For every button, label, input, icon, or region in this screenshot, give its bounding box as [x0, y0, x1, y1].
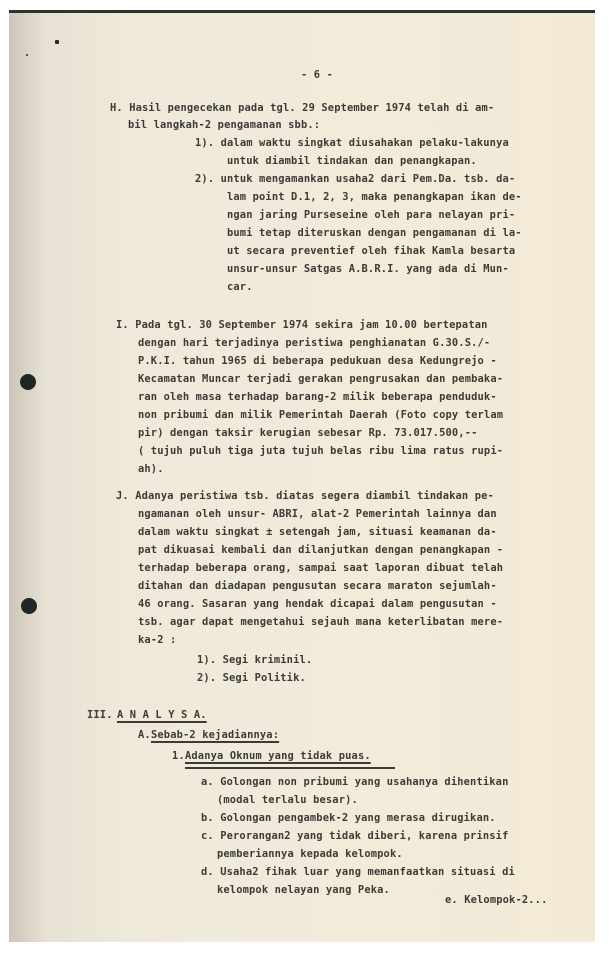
section-h-item-2: ngan jaring Purseseine oleh para nelayan…: [227, 209, 515, 221]
punch-hole-bottom: [21, 598, 37, 614]
section-j-line: dalam waktu singkat ± setengah jam, situ…: [138, 526, 497, 538]
subsection-a-title: Sebab-2 kejadiannya:: [151, 729, 279, 741]
point-1-label: 1.: [172, 750, 185, 762]
analysis-item-c: pemberiannya kepada kelompok.: [217, 848, 403, 860]
section-i-line: dengan hari terjadinya peristiwa penghia…: [138, 337, 490, 349]
section-j-line: tsb. agar dapat mengetahui sejauh mana k…: [138, 616, 503, 628]
section-i-line: I. Pada tgl. 30 September 1974 sekira ja…: [116, 319, 488, 331]
section-iii-title: A N A L Y S A.: [117, 709, 207, 721]
section-j-line: pat dikuasai kembali dan dilanjutkan den…: [138, 544, 503, 556]
section-h-item-2: car.: [227, 281, 253, 293]
section-i-line: P.K.I. tahun 1965 di beberapa pedukuan d…: [138, 355, 497, 367]
continuation-marker: e. Kelompok-2...: [445, 894, 548, 906]
section-i-line: ah).: [138, 463, 164, 475]
section-h-item-1: 1). dalam waktu singkat diusahakan pelak…: [195, 137, 509, 149]
section-j-line: ditahan dan diadapan pengusutan secara m…: [138, 580, 497, 592]
analysis-item-a: (modal terlalu besar).: [217, 794, 358, 806]
punch-hole-top: [20, 374, 36, 390]
analysis-item-c: c. Perorangan2 yang tidak diberi, karena…: [201, 830, 508, 842]
point-1-title: Adanya Oknum yang tidak puas.: [185, 750, 371, 762]
section-j-line: J. Adanya peristiwa tsb. diatas segera d…: [116, 490, 494, 502]
section-h-item-1: untuk diambil tindakan dan penangkapan.: [227, 155, 477, 167]
section-h-item-2: lam point D.1, 2, 3, maka penangkapan ik…: [227, 191, 522, 203]
section-i-line: pir) dengan taksir kerugian sebesar Rp. …: [138, 427, 478, 439]
ink-speck: [26, 54, 28, 56]
section-h-item-2: unsur-unsur Satgas A.B.R.I. yang ada di …: [227, 263, 509, 275]
section-h-item-2: bumi tetap diteruskan dengan pengamanan …: [227, 227, 522, 239]
point-1-underline: [185, 767, 395, 769]
section-i-line: non pribumi dan milik Pemerintah Daerah …: [138, 409, 503, 421]
analysis-item-d: kelompok nelayan yang Peka.: [217, 884, 390, 896]
section-j-line: ngamanan oleh unsur- ABRI, alat-2 Pemeri…: [138, 508, 497, 520]
ink-speck: [55, 40, 59, 44]
section-j-line: terhadap beberapa orang, sampai saat lap…: [138, 562, 503, 574]
section-j-item: 1). Segi kriminil.: [197, 654, 312, 666]
section-h-line: H. Hasil pengecekan pada tgl. 29 Septemb…: [110, 102, 494, 114]
section-h-line: bil langkah-2 pengamanan sbb.:: [128, 119, 320, 131]
document-page: - 6 - H. Hasil pengecekan pada tgl. 29 S…: [9, 10, 595, 942]
section-i-line: ran oleh masa terhadap barang-2 milik be…: [138, 391, 497, 403]
section-i-line: ( tujuh puluh tiga juta tujuh belas ribu…: [138, 445, 503, 457]
section-j-item: 2). Segi Politik.: [197, 672, 306, 684]
section-j-line: ka-2 :: [138, 634, 176, 646]
section-j-line: 46 orang. Sasaran yang hendak dicapai da…: [138, 598, 497, 610]
analysis-item-d: d. Usaha2 fihak luar yang memanfaatkan s…: [201, 866, 515, 878]
section-h-item-2: ut secara preventief oleh fihak Kamla be…: [227, 245, 515, 257]
page-number: - 6 -: [301, 69, 333, 81]
subsection-a-label: A.: [138, 729, 151, 741]
analysis-item-a: a. Golongan non pribumi yang usahanya di…: [201, 776, 508, 788]
section-h-item-2: 2). untuk mengamankan usaha2 dari Pem.Da…: [195, 173, 515, 185]
analysis-item-b: b. Golongan pengambek-2 yang merasa diru…: [201, 812, 496, 824]
section-i-line: Kecamatan Muncar terjadi gerakan pengrus…: [138, 373, 503, 385]
section-iii-number: III.: [87, 709, 113, 721]
